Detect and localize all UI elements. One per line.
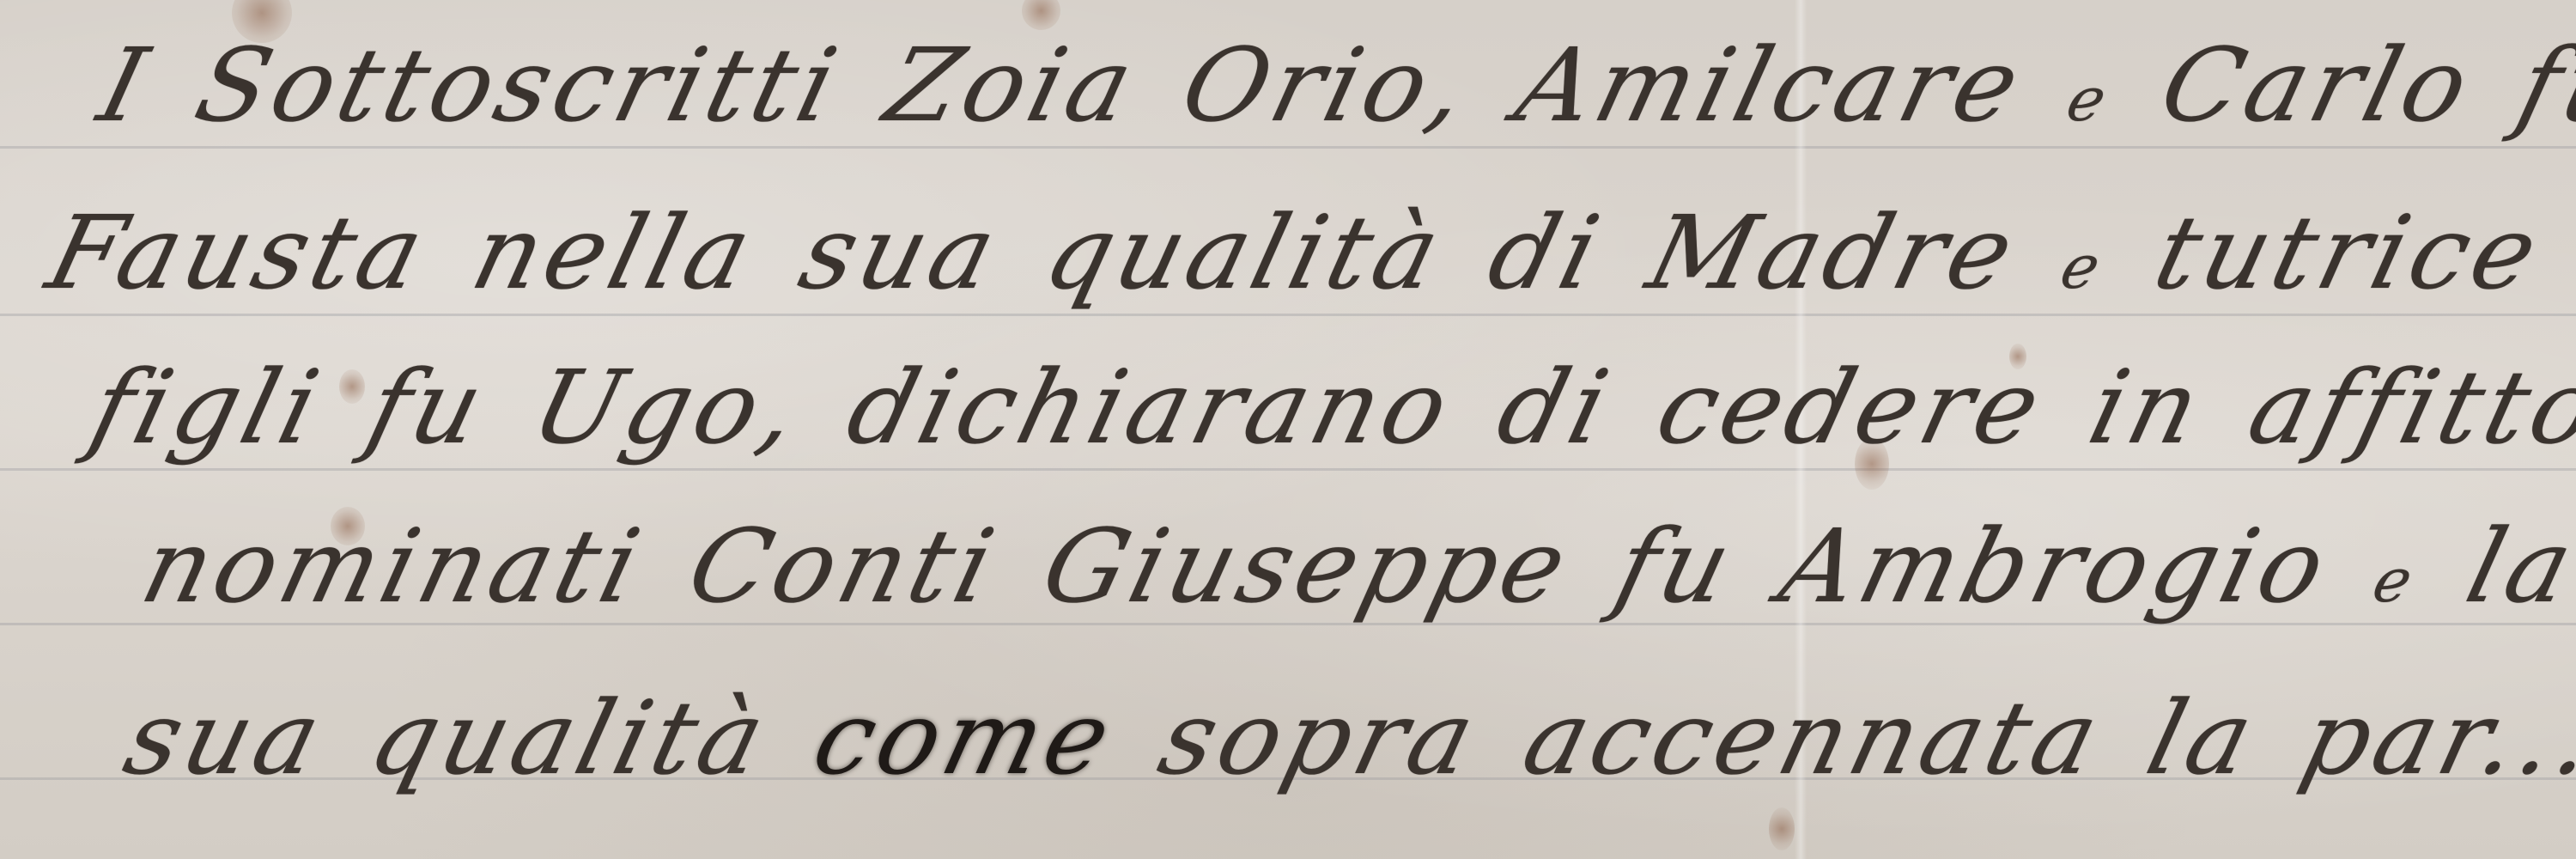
word: Conti bbox=[677, 507, 1010, 625]
word: tutrice bbox=[2144, 193, 2554, 312]
word: affitto bbox=[2238, 348, 2576, 466]
word: fu bbox=[356, 348, 499, 466]
handwritten-line-3: figlifuUgo,dichiaranodicedereinaffitto bbox=[80, 348, 2576, 466]
word: di bbox=[1478, 193, 1615, 312]
word: cedere bbox=[1646, 348, 2057, 466]
word: e bbox=[2060, 64, 2118, 135]
word: nominati bbox=[131, 507, 656, 625]
word: Ambrogio bbox=[1769, 507, 2342, 625]
word: Ugo, bbox=[521, 348, 815, 466]
ruled-line bbox=[0, 468, 2576, 471]
word: fu bbox=[2507, 26, 2576, 144]
word: sua bbox=[789, 193, 1012, 312]
word: sua bbox=[114, 679, 337, 797]
word: Sottoscritti bbox=[185, 26, 853, 144]
handwritten-document-page: ISottoscrittiZoiaOrio,AmilcareeCarlofuG.… bbox=[0, 0, 2576, 859]
word: dichiarano bbox=[836, 348, 1465, 466]
ink-stain bbox=[1769, 807, 1795, 850]
word: Fausta bbox=[37, 193, 440, 312]
handwritten-line-4: nominatiContiGiuseppefuAmbrogioelaf.O... bbox=[131, 507, 2576, 625]
word: in bbox=[2079, 348, 2216, 466]
word: Carlo bbox=[2150, 26, 2485, 144]
word: e bbox=[2366, 545, 2425, 616]
word: la bbox=[2136, 679, 2269, 797]
ruled-line bbox=[0, 146, 2576, 149]
word: Giuseppe bbox=[1031, 507, 1583, 625]
word: sopra bbox=[1149, 679, 1491, 797]
word: qualità bbox=[359, 679, 781, 797]
word: fu bbox=[1605, 507, 1747, 625]
word: di bbox=[1487, 348, 1625, 466]
word: come bbox=[803, 679, 1127, 797]
word: Orio, bbox=[1171, 26, 1484, 144]
word: Madre bbox=[1637, 193, 2029, 312]
word: Zoia bbox=[875, 26, 1150, 144]
ruled-line bbox=[0, 314, 2576, 316]
handwritten-line-2: FaustanellasuaqualitàdiMadreetutricedei bbox=[37, 193, 2576, 312]
word: nella bbox=[461, 193, 767, 312]
handwritten-line-1: ISottoscrittiZoiaOrio,AmilcareeCarlofuG.… bbox=[88, 26, 2576, 144]
word: Amilcare bbox=[1505, 26, 2036, 144]
handwritten-line-5: suaqualitàcomesopraaccennatalapar... bbox=[114, 679, 2576, 797]
word: qualità bbox=[1034, 193, 1456, 312]
word: I bbox=[88, 26, 163, 144]
word: par... bbox=[2291, 679, 2576, 797]
word: la bbox=[2456, 507, 2576, 625]
word: e bbox=[2054, 232, 2112, 302]
word: figli bbox=[80, 348, 335, 466]
word: accennata bbox=[1513, 679, 2115, 797]
